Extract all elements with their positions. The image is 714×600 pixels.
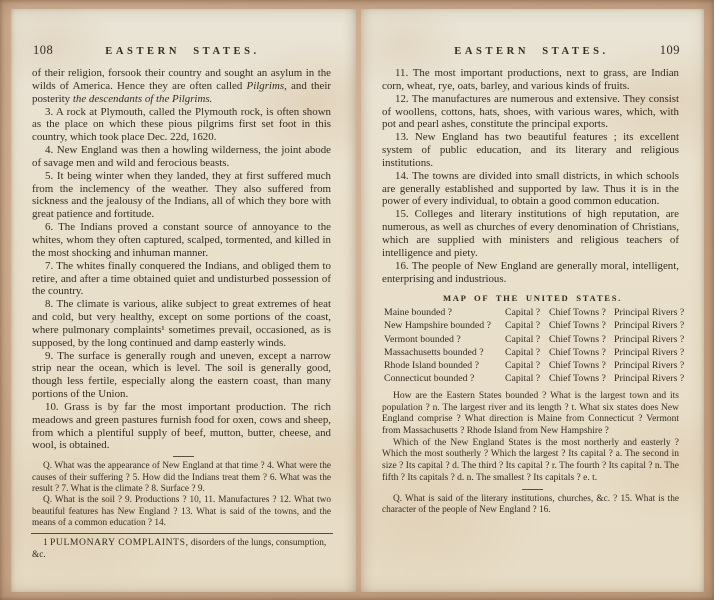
italic-text-run: Pilgrims, [247, 80, 287, 92]
paragraph-continuation: of their religion, forsook their country… [32, 67, 331, 106]
cell-state: Maine bounded ? [384, 306, 505, 319]
map-table-row: Massachusetts bounded ?Capital ?Chief To… [384, 346, 690, 359]
main-text-left: of their religion, forsook their country… [32, 67, 331, 452]
paragraph: 12. The manufactures are numerous and ex… [382, 93, 679, 132]
cell-capital: Capital ? [505, 306, 549, 319]
paragraph: 16. The people of New England are genera… [382, 260, 679, 286]
page-number-right: 109 [644, 43, 680, 58]
cell-state: New Hampshire bounded ? [384, 319, 505, 332]
cell-rivers: Principal Rivers ? [614, 372, 690, 385]
page-right: EASTERN STATES. 109 11. The most importa… [361, 9, 704, 592]
cell-state: Massachusetts bounded ? [384, 346, 505, 359]
map-table-row: Rhode Island bounded ?Capital ?Chief Tow… [384, 359, 690, 372]
map-table-row: Connecticut bounded ?Capital ?Chief Town… [384, 372, 690, 385]
question-paragraph: Q. What is the soil ? 9. Productions ? 1… [32, 495, 331, 529]
running-head-right: EASTERN STATES. [419, 46, 644, 57]
cell-towns: Chief Towns ? [549, 306, 614, 319]
map-exercise-title: MAP OF THE UNITED STATES. [361, 293, 704, 303]
cell-capital: Capital ? [505, 372, 549, 385]
cell-capital: Capital ? [505, 346, 549, 359]
review-questions-right: Q. What is said of the literary institut… [382, 494, 679, 517]
paragraph: 13. New England has two beautiful featur… [382, 131, 679, 170]
exercise-paragraph: Which of the New England States is the m… [382, 438, 679, 485]
map-exercise-questions: How are the Eastern States bounded ? Wha… [382, 391, 679, 485]
paragraph: 14. The towns are divided into small dis… [382, 170, 679, 209]
paragraph: 4. New England was then a howling wilder… [32, 144, 331, 170]
paragraph: 11. The most important productions, next… [382, 67, 679, 93]
review-questions-left: Q. What was the appearance of New Englan… [32, 461, 331, 529]
paragraph: 15. Colleges and literary institutions o… [382, 208, 679, 259]
paragraph: 5. It being winter when they landed, the… [32, 170, 331, 221]
cell-state: Vermont bounded ? [384, 333, 505, 346]
main-text-right: 11. The most important productions, next… [382, 67, 679, 285]
cell-towns: Chief Towns ? [549, 372, 614, 385]
paragraph: 9. The surface is generally rough and un… [32, 350, 331, 401]
paragraph: 10. Grass is by far the most important p… [32, 401, 331, 452]
cell-capital: Capital ? [505, 333, 549, 346]
cell-state: Rhode Island bounded ? [384, 359, 505, 372]
book-scan: { "colors": { "paper": "#e9e0cc", "scan_… [0, 0, 714, 600]
section-divider [173, 456, 194, 457]
map-table-row: New Hampshire bounded ?Capital ?Chief To… [384, 319, 690, 332]
page-left: 108 EASTERN STATES. of their religion, f… [11, 9, 356, 592]
cell-rivers: Principal Rivers ? [614, 359, 690, 372]
map-table-row: Maine bounded ?Capital ?Chief Towns ?Pri… [384, 306, 690, 319]
paragraph: 6. The Indians proved a constant source … [32, 221, 331, 260]
italic-text-run: the descendants of the Pilgrims. [73, 93, 212, 105]
cell-rivers: Principal Rivers ? [614, 319, 690, 332]
cell-rivers: Principal Rivers ? [614, 306, 690, 319]
footnote: 1 PULMONARY COMPLAINTS, disorders of the… [32, 537, 331, 561]
footnote-term: PULMONARY COMPLAINTS, [50, 537, 189, 548]
running-head-left: EASTERN STATES. [69, 46, 296, 57]
footnote-marker: 1 [43, 538, 50, 548]
page-number-left: 108 [33, 43, 69, 58]
cell-rivers: Principal Rivers ? [614, 333, 690, 346]
cell-towns: Chief Towns ? [549, 346, 614, 359]
cell-capital: Capital ? [505, 319, 549, 332]
question-paragraph: Q. What was the appearance of New Englan… [32, 461, 331, 495]
map-table-row: Vermont bounded ?Capital ?Chief Towns ?P… [384, 333, 690, 346]
paragraph: 3. A rock at Plymouth, called the Plymou… [32, 106, 331, 145]
footnote-rule [31, 533, 333, 534]
map-exercise-table: Maine bounded ?Capital ?Chief Towns ?Pri… [384, 306, 690, 385]
page-header-right: EASTERN STATES. 109 [383, 43, 680, 58]
cell-rivers: Principal Rivers ? [614, 346, 690, 359]
paragraph: 8. The climate is various, alike subject… [32, 298, 331, 349]
cell-state: Connecticut bounded ? [384, 372, 505, 385]
question-paragraph: Q. What is said of the literary institut… [382, 494, 679, 517]
section-divider [522, 489, 543, 490]
page-header-left: 108 EASTERN STATES. [33, 43, 332, 58]
exercise-paragraph: How are the Eastern States bounded ? Wha… [382, 391, 679, 438]
cell-towns: Chief Towns ? [549, 359, 614, 372]
cell-towns: Chief Towns ? [549, 319, 614, 332]
paragraph: 7. The whites finally conquered the Indi… [32, 260, 331, 299]
cell-towns: Chief Towns ? [549, 333, 614, 346]
cell-capital: Capital ? [505, 359, 549, 372]
